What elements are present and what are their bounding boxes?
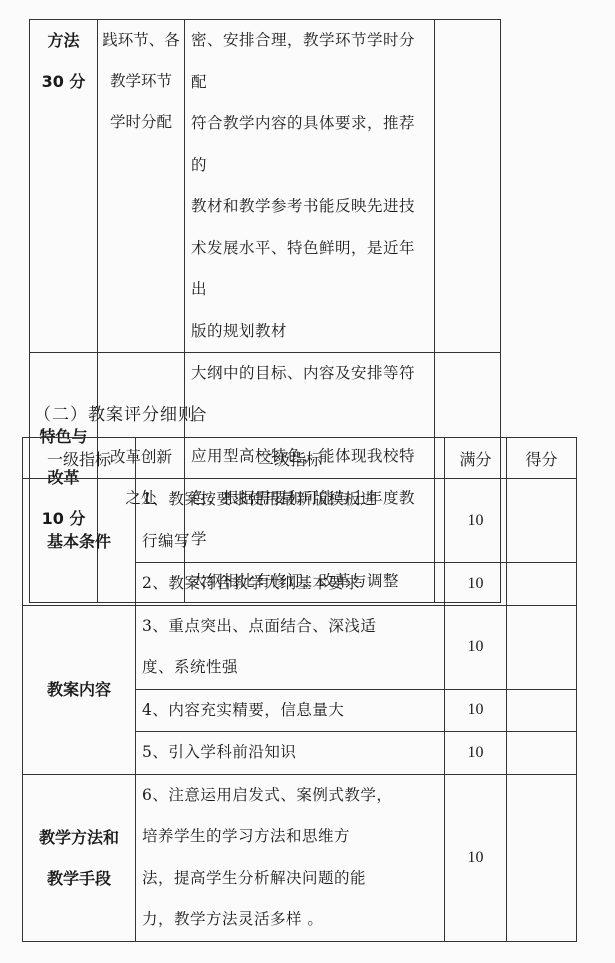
lesson-plan-scoring-table: 一级指标 二级指标 满分 得分 基本条件 1、教案按要求使用最新版模板进 行编写… bbox=[22, 437, 577, 942]
criteria-line: 符合教学内容的具体要求，推荐的 bbox=[191, 103, 430, 186]
level1-label: 教学方法和 bbox=[23, 817, 135, 858]
level2-cell: 6、注意运用启发式、案例式教学， 培养学生的学习方法和思维方 法，提高学生分析解… bbox=[136, 774, 445, 941]
criteria-line: 密、安排合理，教学环节学时分配 bbox=[191, 20, 430, 103]
level2-line: 培养学生的学习方法和思维方 bbox=[142, 816, 440, 858]
table-row: 基本条件 1、教案按要求使用最新版模板进 行编写 10 bbox=[23, 479, 577, 563]
level2-line: 2、教案符合教学大纲基本要求 bbox=[142, 563, 440, 605]
level2-cell: 3、重点突出、点面结合、深浅适 度、系统性强 bbox=[136, 605, 445, 689]
section-title: （二）教案评分细则 bbox=[34, 400, 196, 425]
level1-cell: 教学方法和 教学手段 bbox=[23, 774, 136, 941]
criteria-line: 大纲中的目标、内容及安排等符合 bbox=[191, 353, 430, 436]
score-cell[interactable] bbox=[507, 563, 577, 606]
table-header-row: 一级指标 二级指标 满分 得分 bbox=[23, 438, 577, 479]
score-cell[interactable] bbox=[507, 732, 577, 775]
level2-line: 力，教学方法灵活多样 。 bbox=[142, 899, 440, 941]
score-cell[interactable] bbox=[507, 605, 577, 689]
score-cell[interactable] bbox=[435, 20, 501, 353]
table-row: 教案内容 3、重点突出、点面结合、深浅适 度、系统性强 10 bbox=[23, 605, 577, 689]
header-level2: 二级指标 bbox=[136, 438, 445, 479]
item-line: 教学环节 bbox=[98, 61, 184, 102]
full-score-cell: 10 bbox=[445, 563, 507, 606]
item-line: 践环节、各 bbox=[98, 20, 184, 61]
criteria-line: 教材和教学参考书能反映先进技 bbox=[191, 186, 430, 228]
category-points: 30 分 bbox=[30, 61, 97, 102]
level2-line: 行编写 bbox=[142, 521, 440, 563]
category-label: 方法 bbox=[30, 20, 97, 61]
full-score-cell: 10 bbox=[445, 774, 507, 941]
level1-label: 基本条件 bbox=[23, 521, 135, 562]
item-line: 学时分配 bbox=[98, 102, 184, 143]
full-score-cell: 10 bbox=[445, 732, 507, 775]
level2-line: 1、教案按要求使用最新版模板进 bbox=[142, 479, 440, 521]
score-cell[interactable] bbox=[507, 774, 577, 941]
category-cell: 方法 30 分 bbox=[30, 20, 98, 353]
criteria-cell: 密、安排合理，教学环节学时分配 符合教学内容的具体要求，推荐的 教材和教学参考书… bbox=[185, 20, 435, 353]
level2-line: 6、注意运用启发式、案例式教学， bbox=[142, 775, 440, 817]
level2-cell: 1、教案按要求使用最新版模板进 行编写 bbox=[136, 479, 445, 563]
level1-label: 教学手段 bbox=[23, 858, 135, 899]
criteria-line: 版的规划教材 bbox=[191, 311, 430, 353]
level2-line: 3、重点突出、点面结合、深浅适 bbox=[142, 606, 440, 648]
level2-cell: 4、内容充实精要，信息量大 bbox=[136, 689, 445, 732]
full-score-cell: 10 bbox=[445, 479, 507, 563]
level2-line: 5、引入学科前沿知识 bbox=[142, 732, 440, 774]
level1-label: 教案内容 bbox=[23, 669, 135, 710]
level1-cell: 基本条件 bbox=[23, 479, 136, 606]
item-cell: 践环节、各 教学环节 学时分配 bbox=[98, 20, 185, 353]
level2-line: 法，提高学生分析解决问题的能 bbox=[142, 858, 440, 900]
table-row: 教学方法和 教学手段 6、注意运用启发式、案例式教学， 培养学生的学习方法和思维… bbox=[23, 774, 577, 941]
score-cell[interactable] bbox=[507, 689, 577, 732]
header-full-score: 满分 bbox=[445, 438, 507, 479]
full-score-cell: 10 bbox=[445, 689, 507, 732]
header-level1: 一级指标 bbox=[23, 438, 136, 479]
header-score: 得分 bbox=[507, 438, 577, 479]
level2-cell: 5、引入学科前沿知识 bbox=[136, 732, 445, 775]
level2-line: 度、系统性强 bbox=[142, 647, 440, 689]
full-score-cell: 10 bbox=[445, 605, 507, 689]
criteria-line: 术发展水平、特色鲜明，是近年出 bbox=[191, 228, 430, 311]
score-cell[interactable] bbox=[507, 479, 577, 563]
table-row: 方法 30 分 践环节、各 教学环节 学时分配 密、安排合理，教学环节学时分配 … bbox=[30, 20, 501, 353]
level2-line: 4、内容充实精要，信息量大 bbox=[142, 690, 440, 732]
level2-cell: 2、教案符合教学大纲基本要求 bbox=[136, 563, 445, 606]
level1-cell: 教案内容 bbox=[23, 605, 136, 774]
